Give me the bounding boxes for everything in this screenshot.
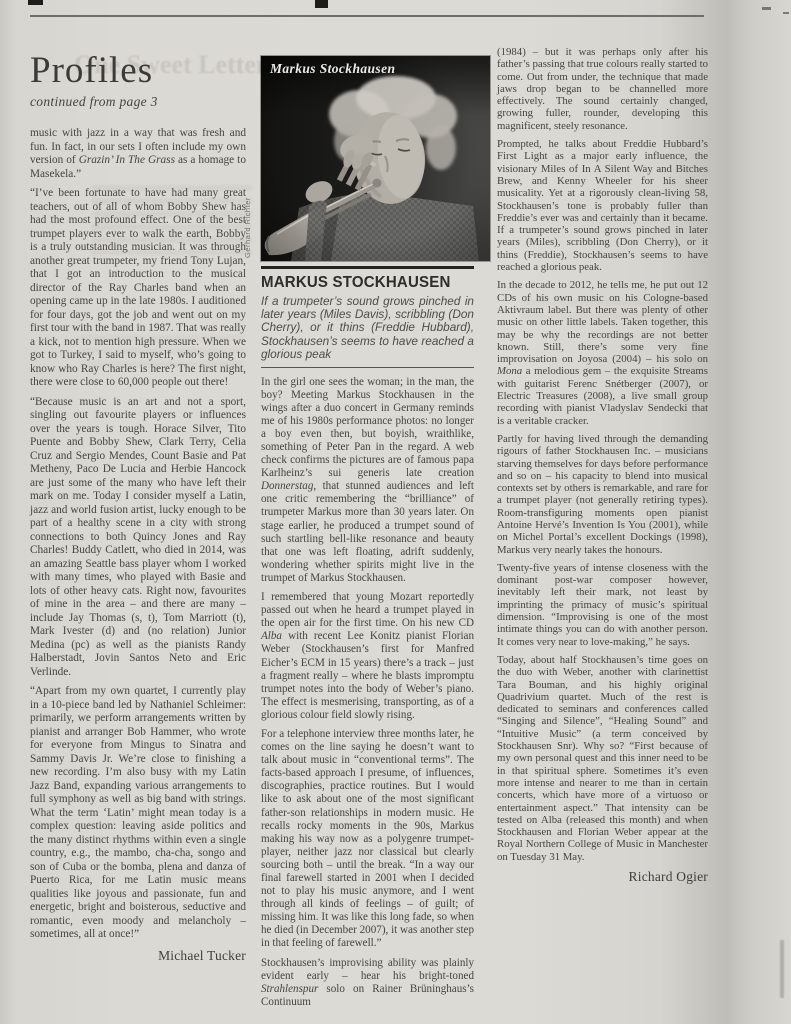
paragraph: music with jazz in a way that was fresh … bbox=[30, 127, 246, 181]
print-mark bbox=[762, 7, 771, 10]
next-page-edge-artifact bbox=[780, 940, 784, 998]
article-headline: MARKUS STOCKHAUSEN bbox=[261, 274, 468, 292]
right-column-body: (1984) – but it was perhaps only after h… bbox=[497, 46, 708, 863]
paragraph: Prompted, he talks about Freddie Hubbard… bbox=[497, 138, 708, 273]
left-column: Profiles continued from page 3 music wit… bbox=[30, 52, 246, 964]
photo-credit: Gerhard Richter bbox=[243, 196, 252, 258]
paragraph: Stockhausen’s improvising ability was pl… bbox=[261, 957, 474, 1009]
page-subtitle: continued from page 3 bbox=[30, 94, 246, 110]
headline-rule-bottom bbox=[261, 367, 474, 368]
paragraph: Partly for having lived through the dema… bbox=[497, 433, 708, 556]
article-standfirst: If a trumpeter’s sound grows pinched in … bbox=[261, 295, 474, 362]
stockhausen-photo-art bbox=[261, 56, 490, 261]
stockhausen-photo: Markus Stockhausen bbox=[261, 56, 490, 261]
byline-michael-tucker: Michael Tucker bbox=[30, 948, 246, 964]
paragraph: “I’ve been fortunate to have had many gr… bbox=[30, 187, 246, 390]
paragraph: In the girl one sees the woman; in the m… bbox=[261, 376, 474, 586]
headline-rule-top bbox=[261, 266, 474, 269]
page-title: Profiles bbox=[30, 52, 246, 89]
paragraph: I remembered that young Mozart reportedl… bbox=[261, 591, 474, 722]
paragraph: “Because music is an art and not a sport… bbox=[30, 396, 246, 680]
paragraph: Today, about half Stockhausen’s time goe… bbox=[497, 654, 708, 863]
print-mark bbox=[783, 12, 789, 14]
right-column: (1984) – but it was perhaps only after h… bbox=[497, 46, 708, 885]
middle-column-body: In the girl one sees the woman; in the m… bbox=[261, 376, 474, 1009]
paragraph: For a telephone interview three months l… bbox=[261, 728, 474, 951]
page-top-rule bbox=[30, 15, 704, 17]
photo-caption: Markus Stockhausen bbox=[270, 61, 395, 77]
left-column-body: music with jazz in a way that was fresh … bbox=[30, 127, 246, 942]
paragraph: (1984) – but it was perhaps only after h… bbox=[497, 46, 708, 132]
paragraph: “Apart from my own quartet, I currently … bbox=[30, 685, 246, 942]
paragraph: In the decade to 2012, he tells me, he p… bbox=[497, 279, 708, 427]
magazine-page: One Sweet Letter Profiles continued from… bbox=[0, 0, 791, 1024]
print-mark bbox=[28, 0, 43, 5]
print-mark bbox=[315, 0, 328, 8]
byline-richard-ogier: Richard Ogier bbox=[497, 869, 708, 885]
middle-column: Markus Stockhausen MARKUS STOCKHAUSEN If… bbox=[261, 56, 474, 1015]
paragraph: Twenty-five years of intense closeness w… bbox=[497, 562, 708, 648]
